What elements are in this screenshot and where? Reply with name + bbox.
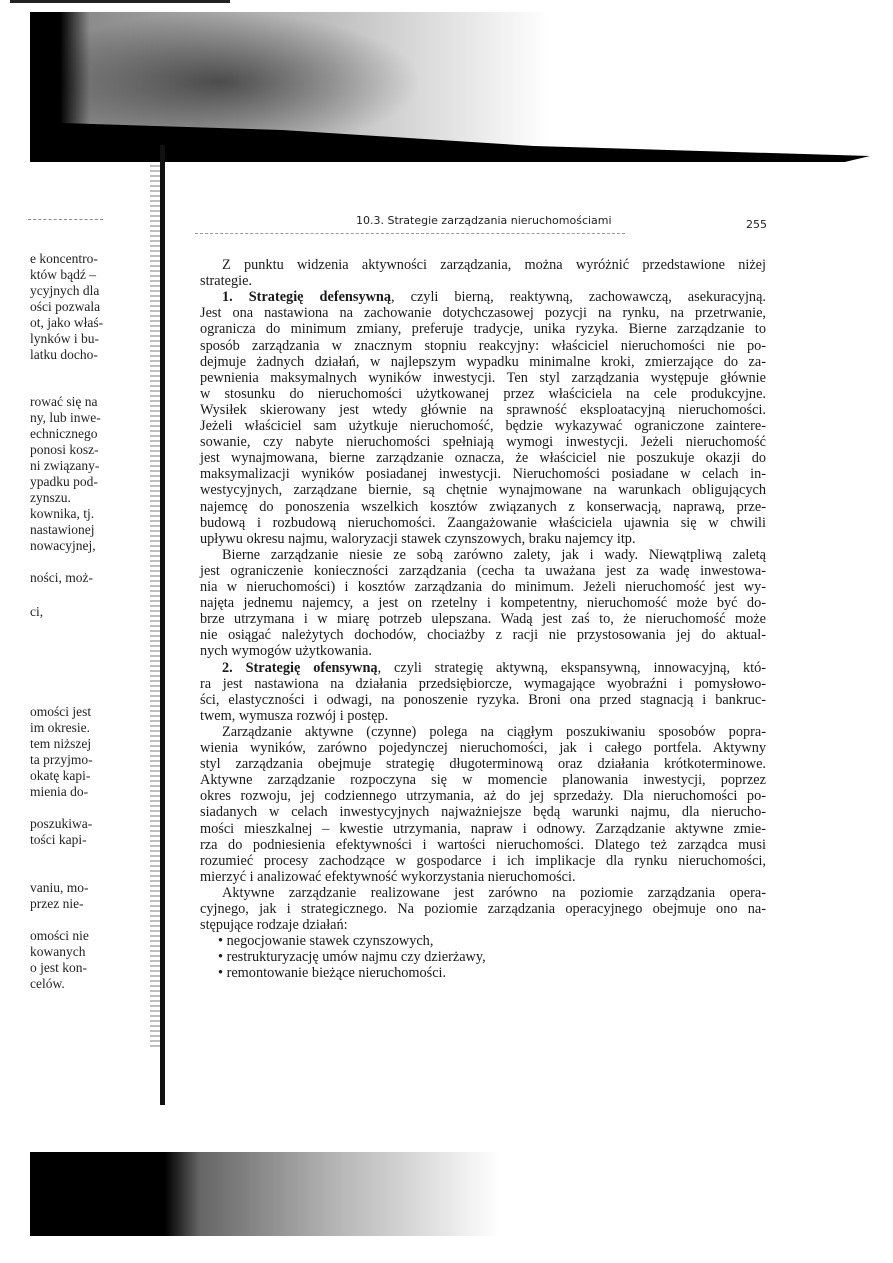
facing-page-fragment: nowacyjnej, [30,538,96,554]
facing-page-fragment: mienia do- [30,784,88,800]
facing-page-fragment: tem niższej [30,736,91,752]
facing-page-fragment: echnicznego [30,426,97,442]
text-line: Jeżeli właściciel sam użytkuje nieruchom… [200,418,766,434]
text-line: najęta jednemu najemcy, a jest on rzetel… [200,595,766,611]
facing-page-rule [28,219,103,220]
text-line: jest ograniczenie konieczności zarządzan… [200,563,766,579]
text-line: maksymalizacji wyników posiadanej inwest… [200,466,766,482]
text-line: Wysiłek skierowany jest wtedy głównie na… [200,402,766,418]
facing-page-fragment: omości nie [30,928,89,944]
facing-page-fragment: ny, lub inwe- [30,410,101,426]
facing-page-fragment: ni związany- [30,458,99,474]
text-line: najemcę do ponoszenia wszelkich kosztów … [200,499,766,515]
facing-page-fragment: ot, jako właś- [30,315,103,331]
header-rule [195,233,625,234]
facing-page-fragment: latku docho- [30,347,98,363]
text-line: twem, wymusza rozwój i postęp. [200,708,766,724]
facing-page-fragment: ości pozwala [30,299,100,315]
facing-page-fragment: ci, [30,604,43,620]
book-spine [160,145,165,1105]
text-line: Jest ona nastawiona na zachowanie dotych… [200,305,766,321]
text-line: ści, elastyczności i odwagi, na ponoszen… [200,692,766,708]
facing-page-fragment: tości kapi- [30,832,87,848]
text-line: mierzyć i analizować efektywność wykorzy… [200,869,766,885]
facing-page-fragment: omości jest [30,704,91,720]
facing-page-fragment: e koncentro- [30,251,98,267]
facing-page-fragment: nastawionej [30,522,94,538]
facing-page-fragment: zynszu. [30,490,71,506]
facing-page-fragment: celów. [30,976,65,992]
text-line: wienia wyników, zarówno pojedynczej nier… [200,740,766,756]
text-line: Aktywne zarządzanie rozpoczyna się w mom… [200,772,766,788]
bullet-item: • restrukturyzację umów najmu czy dzierż… [218,949,486,965]
text-line: dejmuje żadnych działań, w najlepszym wy… [200,354,766,370]
text-line: siadanych w celach inwestycyjnych najważ… [200,804,766,820]
text-line: sposób zarządzania w znacznym stopniu re… [200,338,766,354]
facing-page-fragment: ta przyjmo- [30,752,93,768]
book-gutter-noise [150,150,160,1050]
facing-page-fragment: ności, moż- [30,570,93,586]
text-line: strategie. [200,273,766,289]
facing-page-fragment: poszukiwa- [30,816,92,832]
page-number: 255 [746,218,767,231]
scan-edge [10,0,230,3]
heading-term: 1. Strategię defensywną [222,289,391,305]
running-head: 10.3. Strategie zarządzania nieruchomośc… [356,214,612,227]
text-line: mości mieszkalnej – kwestie utrzymania, … [200,821,766,837]
text-line: ogranicza do minimum zmiany, preferuje t… [200,321,766,337]
text-line: rozumieć procesy zachodzące w gospodarce… [200,853,766,869]
facing-page-fragment: któw bądź – [30,267,96,283]
text-line: Bierne zarządzanie niesie ze sobą zarówn… [222,547,766,563]
text-line: okres rozwoju, jej codziennego utrzymani… [200,788,766,804]
text-line: styl zarządzania obejmuje strategię dług… [200,756,766,772]
facing-page-fragment: okatę kapi- [30,768,90,784]
text-line: sowanie, czy nabyte nieruchomości spełni… [200,434,766,450]
facing-page-fragment: kowanych [30,944,85,960]
text-line: upływu okresu najmu, waloryzacji stawek … [200,531,766,547]
text-line: cyjnego, jak i strategicznego. Na poziom… [200,901,766,917]
facing-page-fragment: vaniu, mo- [30,880,89,896]
facing-page-fragment: rować się na [30,394,97,410]
facing-page-fragment: ycyjnych dla [30,283,99,299]
facing-page-fragment: lynków i bu- [30,331,99,347]
text-line: Z punktu widzenia aktywności zarządzania… [222,257,766,273]
facing-page-fragment: ypadku pod- [30,474,98,490]
text-line: budową i rozbudową nieruchomości. Zaanga… [200,515,766,531]
facing-page-fragment: kownika, tj. [30,506,94,522]
heading-term: 2. Strategię ofensywną [222,660,378,676]
text-line: ra jest nastawiona na działania przedsię… [200,676,766,692]
text-line: nia w nieruchomości) i kosztów zarządzan… [200,579,766,595]
text-line: jest wynajmowana, bierne zarządzanie ozn… [200,450,766,466]
text-line: stępujące rodzaje działań: [200,917,766,933]
text-line: Aktywne zarządzanie realizowane jest zar… [222,885,766,901]
facing-page-fragment: o jest kon- [30,960,87,976]
text-line: nie osiągać należytych dochodów, chociaż… [200,627,766,643]
text-line: 2. Strategię ofensywną, czyli strategię … [222,660,766,676]
text-line: westycyjnych, zarządzane biernie, są chę… [200,482,766,498]
facing-page-fragment: ponosi kosz- [30,442,99,458]
bullet-item: • negocjowanie stawek czynszowych, [218,933,433,949]
text-line: Zarządzanie aktywne (czynne) polega na c… [222,724,766,740]
text-line: 1. Strategię defensywną, czyli bierną, r… [222,289,766,305]
text-line: rza do podniesienia efektywności i warto… [200,837,766,853]
facing-page-fragment: przez nie- [30,896,84,912]
text-line: nych wymogów użytkowania. [200,643,766,659]
text-line: w stosunku do nieruchomości użytkowanej … [200,386,766,402]
text-line: brze utrzymana i w miarę potrzeb ulepsza… [200,611,766,627]
scan-shadow-bottom [30,1152,500,1236]
facing-page-fragment: im okresie. [30,720,90,736]
text-line: pewnienia maksymalnych wyników inwestycj… [200,370,766,386]
bullet-item: • remontowanie bieżące nieruchomości. [218,965,446,981]
